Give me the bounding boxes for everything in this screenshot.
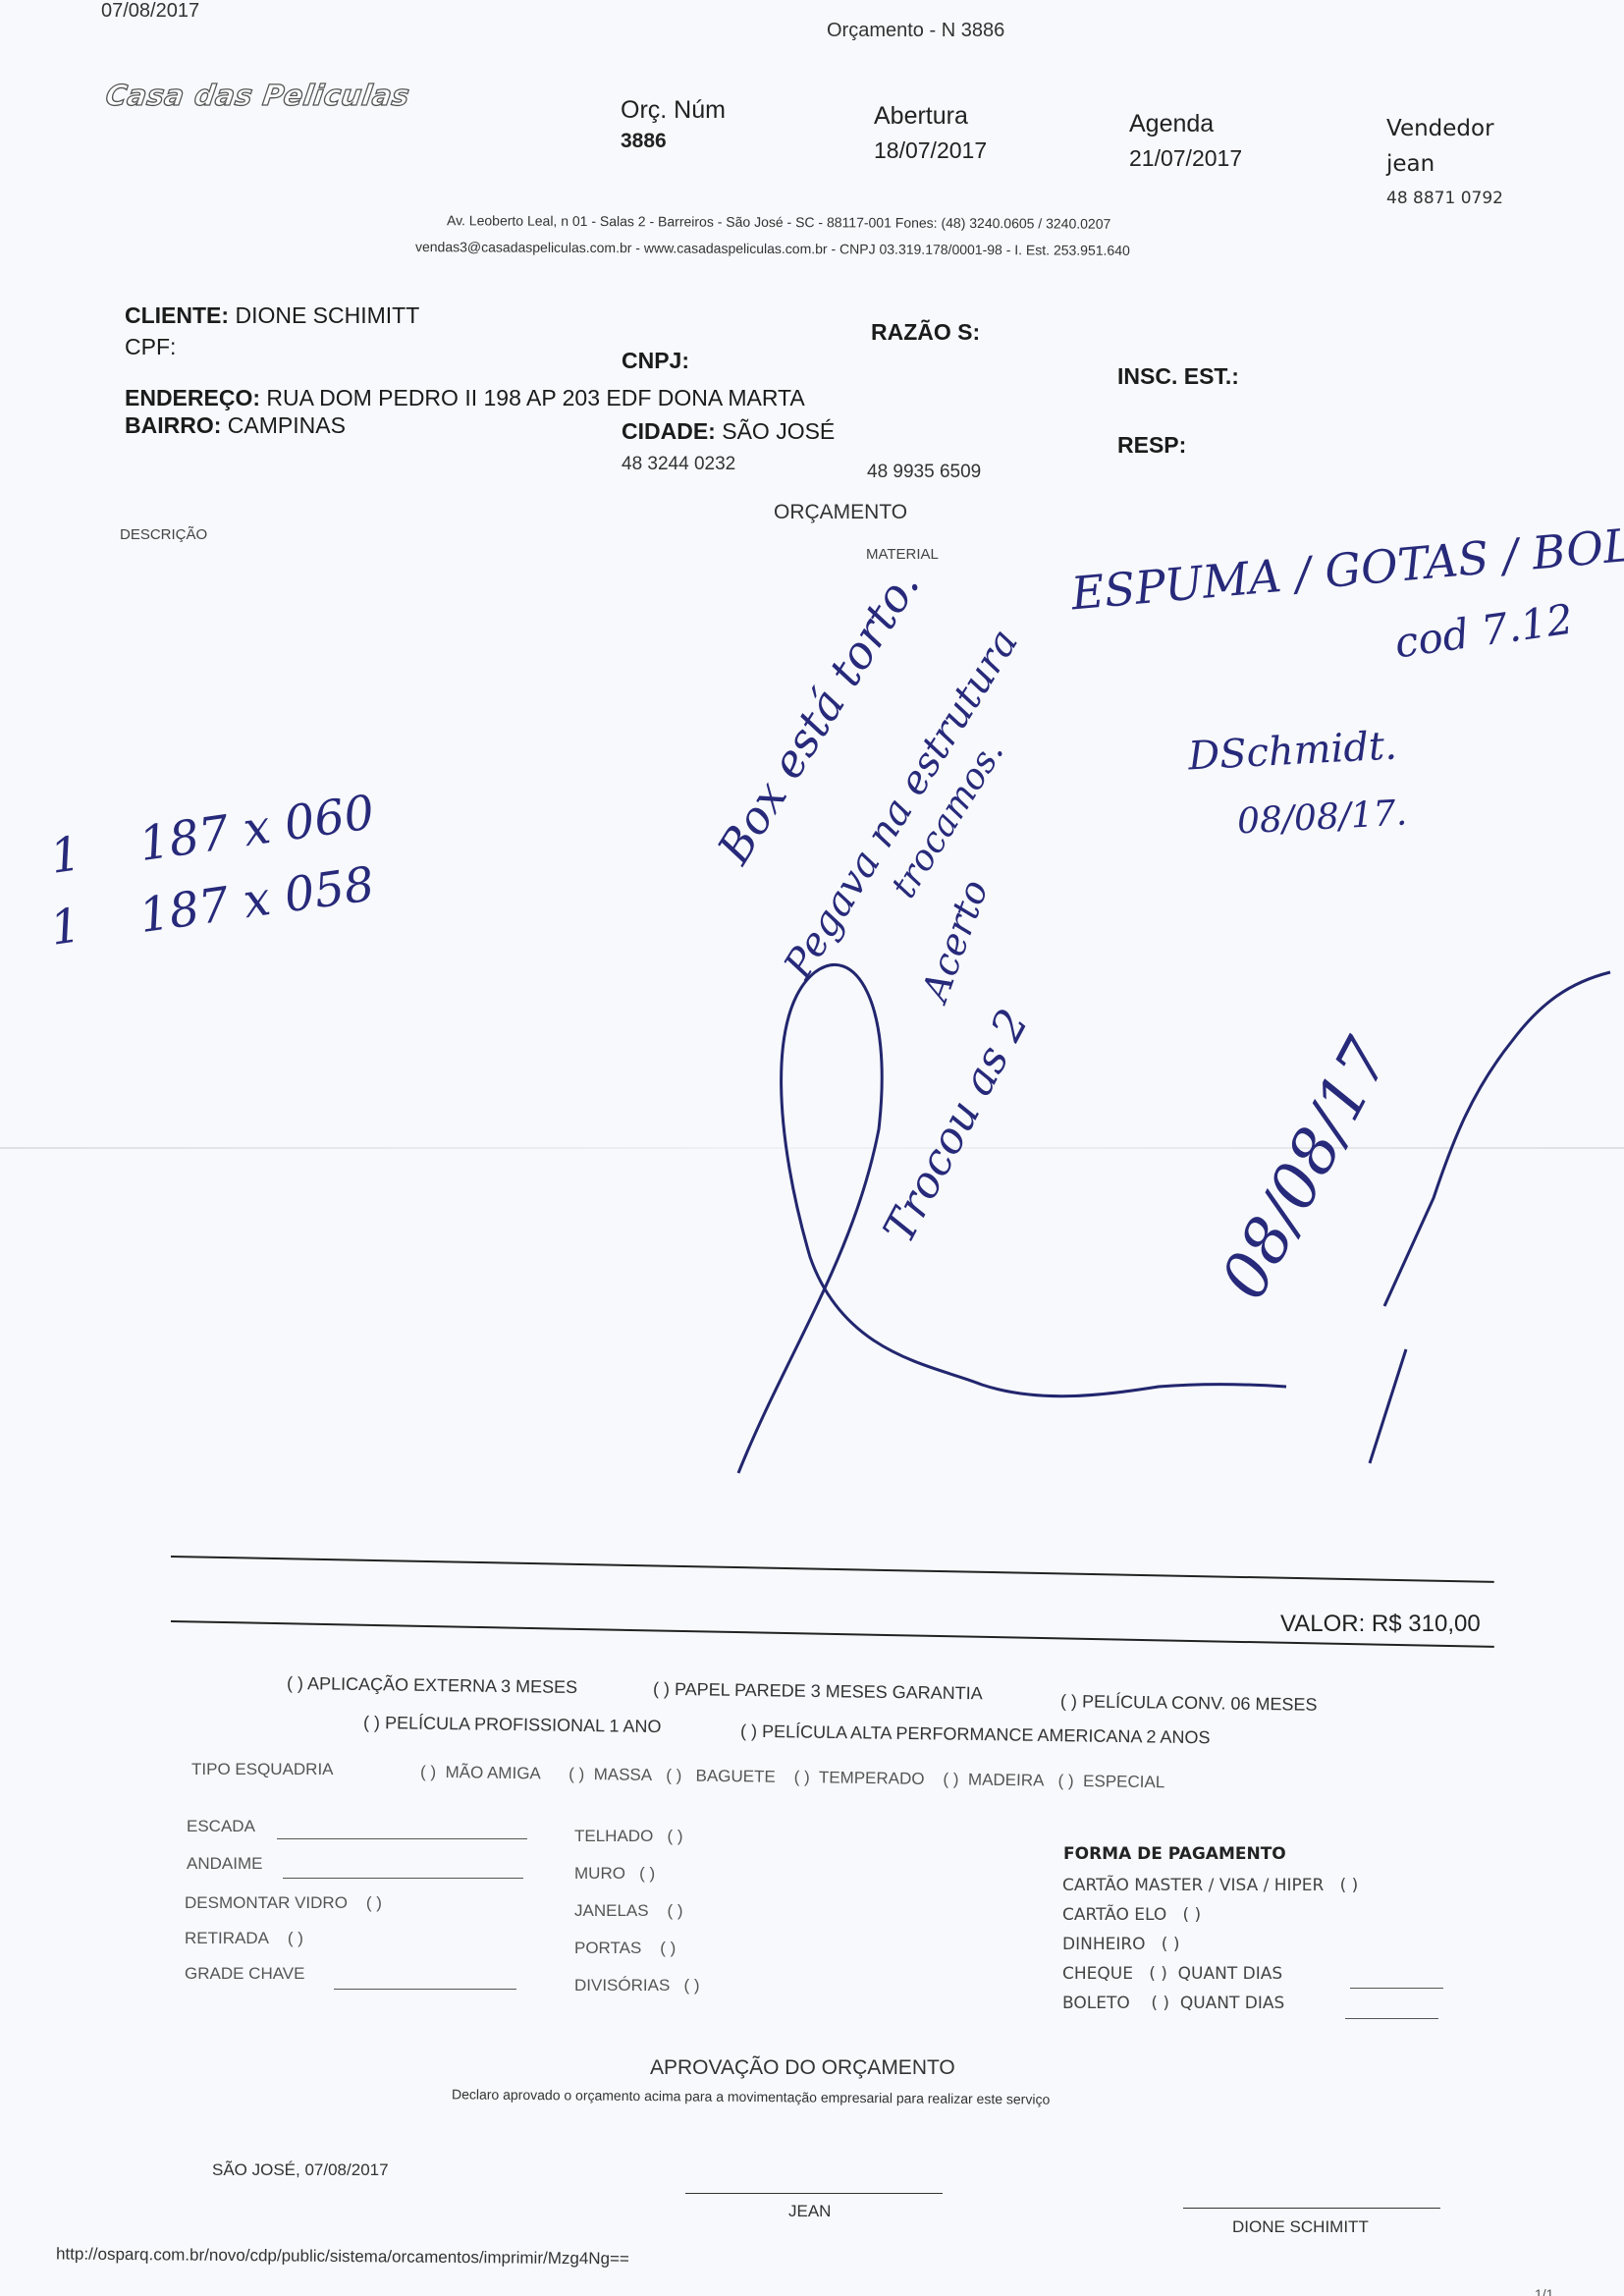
payment-option-card[interactable]: CARTÃO MASTER / VISA / HIPER ( ): [1062, 1876, 1358, 1895]
checkbox[interactable]: ( ): [287, 1673, 303, 1693]
frame-type-label: TIPO ESQUADRIA: [191, 1760, 334, 1779]
payment-option-elo[interactable]: CARTÃO ELO ( ): [1062, 1905, 1201, 1925]
payment-days-label: QUANT DIAS: [1178, 1964, 1282, 1984]
payment-title: FORMA DE PAGAMENTO: [1063, 1844, 1286, 1864]
service-label: MURO: [574, 1864, 625, 1883]
service-label: RETIRADA: [185, 1929, 269, 1947]
checkbox[interactable]: ( ): [653, 1679, 670, 1699]
service-divisorias[interactable]: DIVISÓRIAS ( ): [574, 1976, 700, 1995]
checkbox[interactable]: ( ): [1149, 1964, 1167, 1984]
page-number: 1/1: [1535, 2286, 1553, 2296]
warranty-option[interactable]: ( ) APLICAÇÃO EXTERNA 3 MESES: [287, 1673, 577, 1698]
checkbox[interactable]: ( ): [794, 1768, 810, 1786]
approval-place-date: SÃO JOSÉ, 07/08/2017: [212, 2160, 389, 2180]
service-telhado[interactable]: TELHADO ( ): [574, 1827, 683, 1846]
client-signature-name: DIONE SCHIMITT: [1232, 2217, 1369, 2237]
frame-option[interactable]: ESPECIAL: [1083, 1772, 1164, 1791]
warranty-label: PELÍCULA CONV. 06 MESES: [1082, 1691, 1318, 1714]
warranty-label: APLICAÇÃO EXTERNA 3 MESES: [307, 1673, 577, 1697]
service-label: DESMONTAR VIDRO: [185, 1893, 348, 1912]
service-retirada[interactable]: RETIRADA ( ): [185, 1929, 303, 1948]
service-janelas[interactable]: JANELAS ( ): [574, 1901, 683, 1921]
service-label: DIVISÓRIAS: [574, 1976, 670, 1995]
frame-option[interactable]: MASSA: [594, 1765, 653, 1784]
service-grade-chave: GRADE CHAVE: [185, 1964, 305, 1984]
service-desmontar-vidro[interactable]: DESMONTAR VIDRO ( ): [185, 1893, 382, 1913]
seller-signature-line[interactable]: [685, 2193, 943, 2194]
signature-scribbles: [0, 0, 1624, 2296]
total-value: R$ 310,00: [1372, 1611, 1481, 1637]
grade-chave-field[interactable]: [334, 1989, 516, 1990]
warranty-option[interactable]: ( ) PELÍCULA CONV. 06 MESES: [1060, 1691, 1318, 1716]
frame-option[interactable]: MADEIRA: [968, 1770, 1045, 1789]
service-escada: ESCADA: [187, 1817, 255, 1836]
payment-label: DINHEIRO: [1062, 1935, 1146, 1954]
andaime-field[interactable]: [283, 1878, 523, 1879]
checkbox[interactable]: ( ): [1057, 1772, 1073, 1790]
checkbox[interactable]: ( ): [666, 1766, 681, 1784]
payment-option-boleto[interactable]: BOLETO ( ) QUANT DIAS: [1062, 1994, 1284, 2013]
checkbox[interactable]: ( ): [1182, 1905, 1201, 1925]
checkbox[interactable]: ( ): [568, 1765, 584, 1783]
payment-days-label: QUANT DIAS: [1180, 1994, 1284, 2013]
service-label: PORTAS: [574, 1939, 641, 1957]
warranty-label: PAPEL PAREDE 3 MESES GARANTIA: [675, 1679, 983, 1703]
service-muro[interactable]: MURO ( ): [574, 1864, 655, 1884]
frame-option[interactable]: BAGUETE: [695, 1767, 776, 1786]
boleto-days-field[interactable]: [1345, 2018, 1438, 2019]
warranty-option[interactable]: ( ) PELÍCULA PROFISSIONAL 1 ANO: [363, 1713, 662, 1737]
checkbox[interactable]: ( ): [740, 1722, 757, 1741]
payment-option-cash[interactable]: DINHEIRO ( ): [1062, 1935, 1179, 1954]
payment-label: CHEQUE: [1062, 1964, 1133, 1984]
checkbox[interactable]: ( ): [943, 1770, 958, 1788]
total-row: VALOR: R$ 310,00: [1280, 1611, 1481, 1638]
frame-option[interactable]: MÃO AMIGA: [445, 1763, 541, 1782]
approval-title: APROVAÇÃO DO ORÇAMENTO: [650, 2056, 955, 2080]
escada-field[interactable]: [277, 1838, 527, 1839]
checkbox[interactable]: ( ): [1162, 1935, 1180, 1954]
service-label: JANELAS: [574, 1901, 649, 1920]
payment-label: BOLETO: [1062, 1994, 1130, 2013]
checkbox[interactable]: ( ): [1151, 1994, 1169, 2013]
total-label: VALOR:: [1280, 1611, 1365, 1637]
warranty-label: PELÍCULA PROFISSIONAL 1 ANO: [385, 1713, 662, 1736]
service-portas[interactable]: PORTAS ( ): [574, 1939, 676, 1958]
service-label: TELHADO: [574, 1827, 653, 1845]
checkbox[interactable]: ( ): [363, 1713, 380, 1732]
payment-option-cheque[interactable]: CHEQUE ( ) QUANT DIAS: [1062, 1964, 1282, 1984]
checkbox[interactable]: ( ): [420, 1763, 436, 1781]
client-signature-line[interactable]: [1183, 2208, 1440, 2209]
cheque-days-field[interactable]: [1350, 1988, 1443, 1989]
payment-label: CARTÃO ELO: [1062, 1905, 1166, 1925]
service-andaime: ANDAIME: [187, 1854, 262, 1874]
frame-option[interactable]: TEMPERADO: [819, 1768, 925, 1788]
checkbox[interactable]: ( ): [1340, 1876, 1359, 1895]
seller-signature-name: JEAN: [788, 2202, 831, 2221]
payment-label: CARTÃO MASTER / VISA / HIPER: [1062, 1876, 1324, 1895]
checkbox[interactable]: ( ): [1060, 1691, 1077, 1711]
